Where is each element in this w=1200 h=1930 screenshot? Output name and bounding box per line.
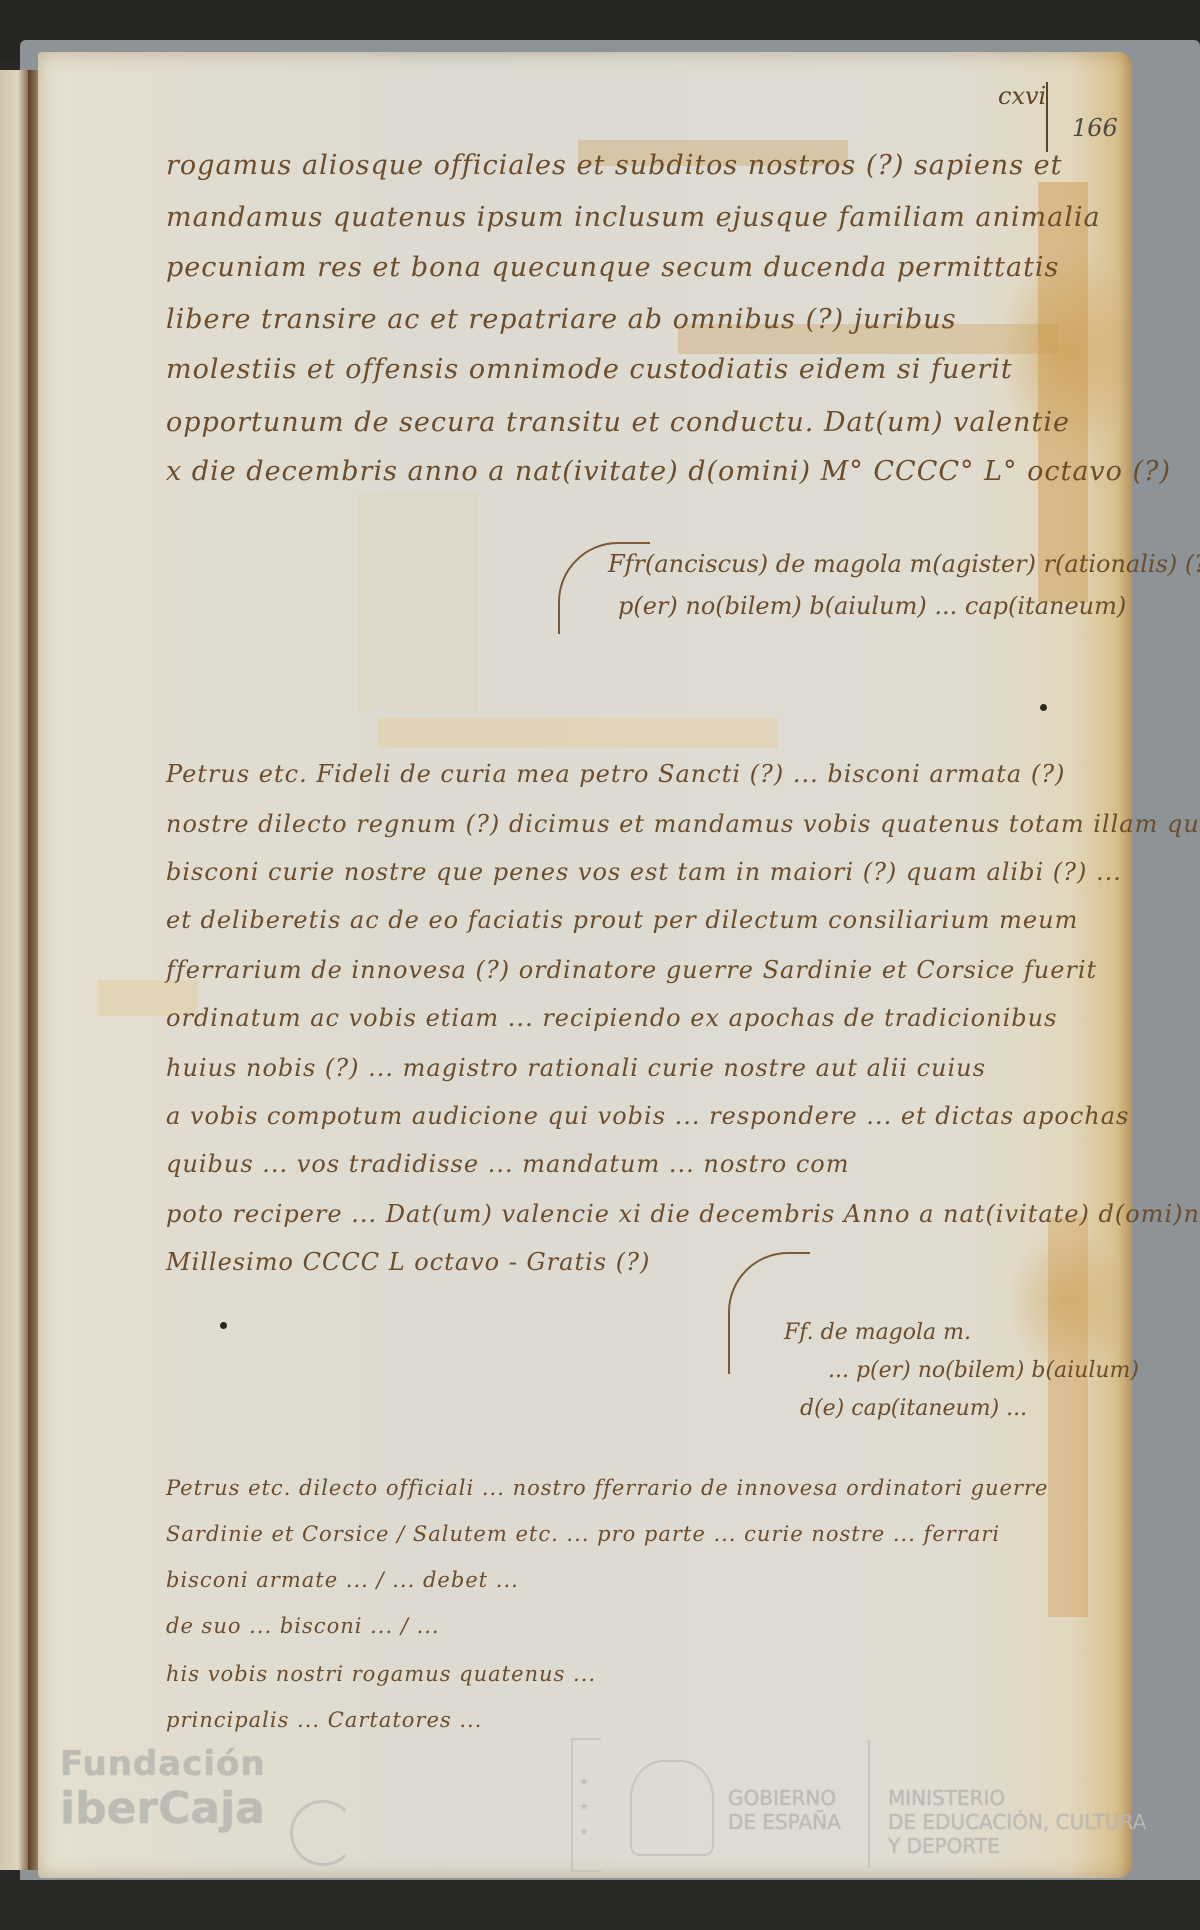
text-line: rogamus aliosque officiales et subditos … xyxy=(166,150,1062,181)
text-line: libere transire ac et repatriare ab omni… xyxy=(166,304,957,335)
text-line: Sardinie et Corsice / Salutem etc. ... p… xyxy=(166,1522,1000,1546)
signature-line: ... p(er) no(bilem) b(aiulum) xyxy=(828,1358,1139,1383)
text-line: his vobis nostri rogamus quatenus ... xyxy=(166,1662,596,1686)
signature-line: d(e) cap(itaneum) ... xyxy=(800,1396,1027,1421)
text-line: principalis ... Cartatores ... xyxy=(166,1708,482,1732)
ibercaja-logo-icon xyxy=(290,1800,356,1866)
text-line: a vobis compotum audicione qui vobis ...… xyxy=(166,1102,1129,1130)
water-stain xyxy=(1038,182,1088,602)
dark-background-bottom xyxy=(0,1880,1200,1930)
text-line: molestiis et offensis omnimode custodiat… xyxy=(166,354,1013,385)
text-line: de suo ... bisconi ... / ... xyxy=(166,1614,440,1638)
previous-page-edge xyxy=(0,70,30,1870)
signature-line: Ff. de magola m. xyxy=(784,1320,971,1345)
ministerio-line-3: Y DEPORTE xyxy=(888,1834,1146,1858)
ministerio-line-2: DE EDUCACIÓN, CULTURA xyxy=(888,1810,1146,1834)
text-line: bisconi armate ... / ... debet ... xyxy=(166,1568,519,1592)
text-line: et deliberetis ac de eo faciatis prout p… xyxy=(166,906,1078,934)
text-line: Petrus etc. Fideli de curia mea petro Sa… xyxy=(166,760,1065,788)
text-line: poto recipere ... Dat(um) valencie xi di… xyxy=(166,1200,1200,1228)
text-line: opportunum de secura transitu et conduct… xyxy=(166,407,1070,438)
text-line: huius nobis (?) ... magistro rationali c… xyxy=(166,1054,986,1082)
watermark-gobierno: GOBIERNO DE ESPAÑA xyxy=(728,1786,841,1834)
folio-number-arabic: 166 xyxy=(1072,114,1118,142)
ministerio-line-1: MINISTERIO xyxy=(888,1786,1146,1810)
folio-number-roman: cxvi xyxy=(998,82,1046,110)
text-line: fferrarium de innovesa (?) ordinatore gu… xyxy=(166,956,1097,984)
text-line: Millesimo CCCC L octavo - Gratis (?) xyxy=(166,1248,650,1276)
gobierno-line-2: DE ESPAÑA xyxy=(728,1810,841,1834)
star-icon: ★ xyxy=(579,1800,589,1813)
watermark-fundacion-text: Fundación xyxy=(60,1745,266,1783)
folio-divider-stroke xyxy=(1046,82,1048,152)
text-line: ordinatum ac vobis etiam ... recipiendo … xyxy=(166,1004,1057,1032)
spain-coat-of-arms-icon xyxy=(630,1760,714,1856)
manuscript-page: cxvi 166 rogamus aliosque officiales et … xyxy=(38,52,1132,1878)
ink-spot xyxy=(220,1322,227,1329)
text-line: nostre dilecto regnum (?) dicimus et man… xyxy=(166,810,1200,838)
signature-line: Ffr(anciscus) de magola m(agister) r(ati… xyxy=(608,550,1200,578)
star-icon: ★ xyxy=(579,1775,589,1788)
watermark-ibercaja-text: iberCaja xyxy=(60,1785,265,1833)
signature-flourish xyxy=(728,1252,810,1374)
text-line: bisconi curie nostre que penes vos est t… xyxy=(166,858,1122,886)
gobierno-line-1: GOBIERNO xyxy=(728,1786,841,1810)
paper-repair-strip xyxy=(378,718,778,748)
star-icon: ★ xyxy=(579,1825,589,1838)
watermark-divider xyxy=(868,1740,870,1868)
text-line: mandamus quatenus ipsum inclusum ejusque… xyxy=(166,202,1101,233)
watermark-ministerio: MINISTERIO DE EDUCACIÓN, CULTURA Y DEPOR… xyxy=(888,1786,1146,1858)
paper-repair-patch xyxy=(358,492,478,712)
water-stain xyxy=(1048,1217,1088,1617)
signature-line: p(er) no(bilem) b(aiulum) ... cap(itaneu… xyxy=(618,592,1126,620)
ink-spot xyxy=(1040,704,1047,711)
text-line: Petrus etc. dilecto officiali ... nostro… xyxy=(166,1476,1048,1500)
text-line: x die decembris anno a nat(ivitate) d(om… xyxy=(166,456,1171,487)
text-line: pecuniam res et bona quecunque secum duc… xyxy=(166,252,1059,283)
text-line: quibus ... vos tradidisse ... mandatum .… xyxy=(166,1150,849,1178)
